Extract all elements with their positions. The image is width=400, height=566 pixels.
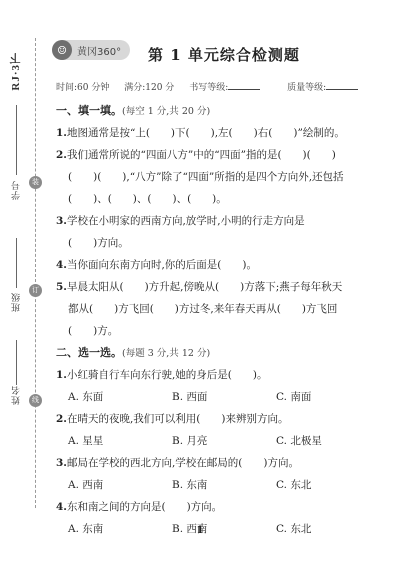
option-c: C. 东北 (276, 474, 380, 496)
choice-question: 4.东和南之间的方向是( )方向。 (56, 496, 391, 518)
name-rule (16, 340, 17, 385)
question-line: 5.早晨太阳从( )方升起,傍晚从( )方落下;燕子每年秋天 (56, 276, 391, 298)
choice-options: A. 西南 B. 东南 C. 东北 (56, 474, 391, 496)
page-title: 第 1 单元综合检测题 (148, 44, 300, 65)
choice-question: 3.邮局在学校的西北方向,学校在邮局的( )方向。 (56, 452, 391, 474)
logo-text: 黄冈360° (77, 43, 121, 58)
writing-grade: 书写等级: (189, 83, 272, 93)
option-a: A. 西南 (68, 474, 172, 496)
option-a: A. 星星 (68, 430, 172, 452)
question-line: ( )方。 (56, 320, 391, 342)
option-a: A. 东面 (68, 386, 172, 408)
question-line: ( )方向。 (56, 232, 391, 254)
exam-meta: 时间:60 分钟 满分:120 分 书写等级: 质量等级: (56, 80, 382, 93)
option-b: B. 西面 (172, 386, 276, 408)
option-b: B. 月亮 (172, 430, 276, 452)
question-line: ( )( ),“八方”除了“四面”所指的是四个方向外,还包括 (56, 166, 391, 188)
time-limit: 时间:60 分钟 (56, 83, 109, 93)
choice-options: A. 东面 B. 西面 C. 南面 (56, 386, 391, 408)
question-line: ( )、( )、( )、( )。 (56, 188, 391, 210)
section-fill-in: 一、填一填。(每空 1 分,共 20 分) (56, 100, 391, 122)
option-b: B. 东南 (172, 474, 276, 496)
student-id-rule (16, 105, 17, 175)
question-line: 2.我们通常所说的“四面八方”中的“四面”指的是( )( ) (56, 144, 391, 166)
choice-question: 2.在晴天的夜晚,我们可以利用( )来辨别方向。 (56, 408, 391, 430)
option-c: C. 北极星 (276, 430, 380, 452)
question-line: 1.地图通常是按“上( )下( ),左( )右( )”绘制的。 (56, 122, 391, 144)
exam-content: 一、填一填。(每空 1 分,共 20 分) 1.地图通常是按“上( )下( ),… (56, 100, 391, 540)
class-label: 班级 (10, 292, 23, 312)
brand-logo: ☺ 黄冈360° (54, 40, 130, 60)
name-label: 姓名 (10, 385, 23, 405)
quality-grade-field[interactable] (326, 81, 358, 90)
question-line: 3.学校在小明家的西南方向,放学时,小明的行走方向是 (56, 210, 391, 232)
choice-options: A. 星星 B. 月亮 C. 北极星 (56, 430, 391, 452)
writing-grade-field[interactable] (228, 81, 260, 90)
seal-icon-zhuang: 装 (29, 176, 42, 189)
page-number: 1 (0, 525, 400, 536)
question-line: 4.当你面向东南方向时,你的后面是( )。 (56, 254, 391, 276)
full-score: 满分:120 分 (124, 83, 174, 93)
binding-dashed-line (35, 38, 36, 508)
seal-icon-xian: 线 (29, 394, 42, 407)
question-line: 都从( )方飞回( )方过冬,来年春天再从( )方飞回 (56, 298, 391, 320)
quality-grade: 质量等级: (287, 83, 370, 93)
class-rule (16, 238, 17, 288)
choice-question: 1.小红骑自行车向东行驶,她的身后是( )。 (56, 364, 391, 386)
book-code: RJ·3下 (8, 52, 24, 91)
option-c: C. 南面 (276, 386, 380, 408)
section-multiple-choice: 二、选一选。(每题 3 分,共 12 分) (56, 342, 391, 364)
seal-icon-ding: 订 (29, 284, 42, 297)
mascot-face-icon: ☺ (52, 40, 72, 60)
student-id-label: 学号 (10, 180, 23, 200)
